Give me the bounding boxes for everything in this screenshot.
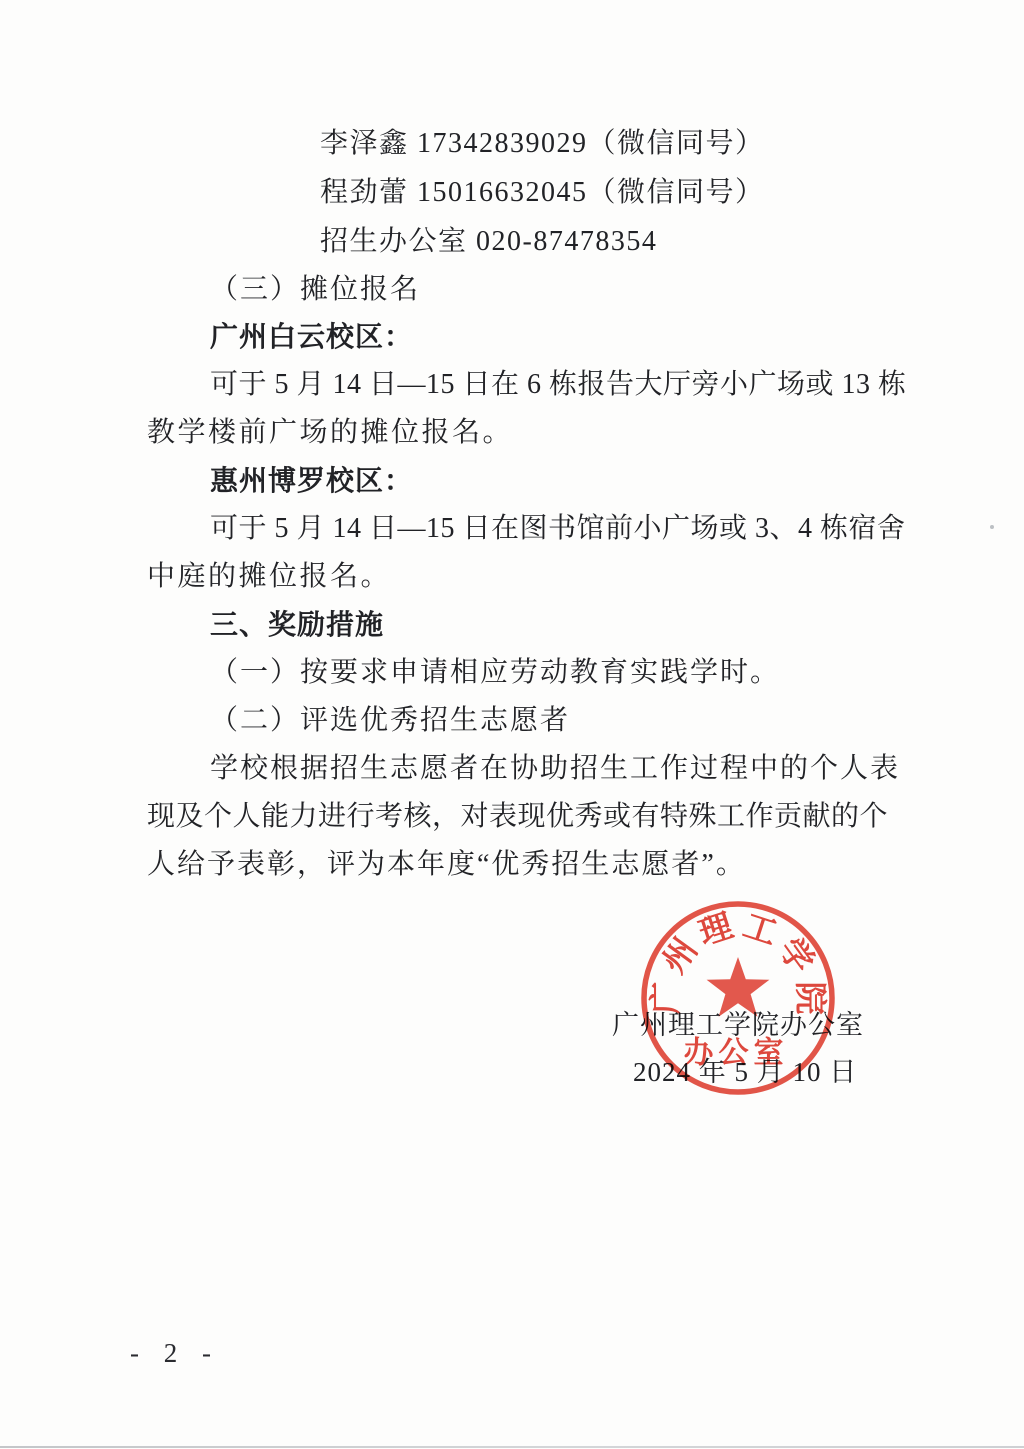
seal-arc-char: 广 [648, 982, 685, 1015]
contact-line-cheng-jinlei: 程劲蕾 15016632045（微信同号） [320, 178, 765, 208]
seal-star-icon [707, 957, 770, 1017]
seal-arc-char: 理 [695, 908, 738, 952]
subsection-heading-booth-registration: （三）摊位报名 [210, 275, 420, 305]
page-number: - 2 - [130, 1338, 220, 1369]
seal-arc-char: 院 [791, 982, 828, 1015]
scan-speck [990, 525, 994, 529]
official-seal: 广 州 理 工 学 院 办公室 [638, 898, 838, 1098]
para-assessment-line-1: 学校根据招生志愿者在协助招生工作过程中的个人表 [210, 754, 900, 784]
item-outstanding-volunteer: （二）评选优秀招生志愿者 [210, 706, 570, 736]
seal-arc-char: 工 [739, 908, 782, 952]
para-assessment-line-3: 人给予表彰，评为本年度“优秀招生志愿者”。 [147, 850, 746, 880]
document-page: 李泽鑫 17342839029（微信同号） 程劲蕾 15016632045（微信… [0, 0, 1024, 1449]
section-heading-rewards: 三、奖励措施 [210, 610, 384, 640]
contact-line-admissions-office: 招生办公室 020-87478354 [320, 227, 657, 257]
para-boluo-line-2: 中庭的摊位报名。 [147, 562, 391, 592]
contact-line-li-zexin: 李泽鑫 17342839029（微信同号） [320, 129, 765, 159]
scan-bottom-edge [0, 1446, 1024, 1448]
para-baiyun-line-1: 可于 5 月 14 日—15 日在 6 栋报告大厅旁小广场或 13 栋 [210, 370, 907, 400]
para-assessment-line-2: 现及个人能力进行考核，对表现优秀或有特殊工作贡献的个 [147, 802, 888, 832]
item-labor-education-hours: （一）按要求申请相应劳动教育实践学时。 [210, 658, 780, 688]
campus-heading-huizhou-boluo: 惠州博罗校区： [210, 466, 413, 496]
seal-office-text: 办公室 [684, 1037, 789, 1070]
para-boluo-line-1: 可于 5 月 14 日—15 日在图书馆前小广场或 3、4 栋宿舍 [210, 514, 906, 544]
campus-heading-guangzhou-baiyun: 广州白云校区： [210, 322, 413, 352]
para-baiyun-line-2: 教学楼前广场的摊位报名。 [147, 418, 513, 448]
